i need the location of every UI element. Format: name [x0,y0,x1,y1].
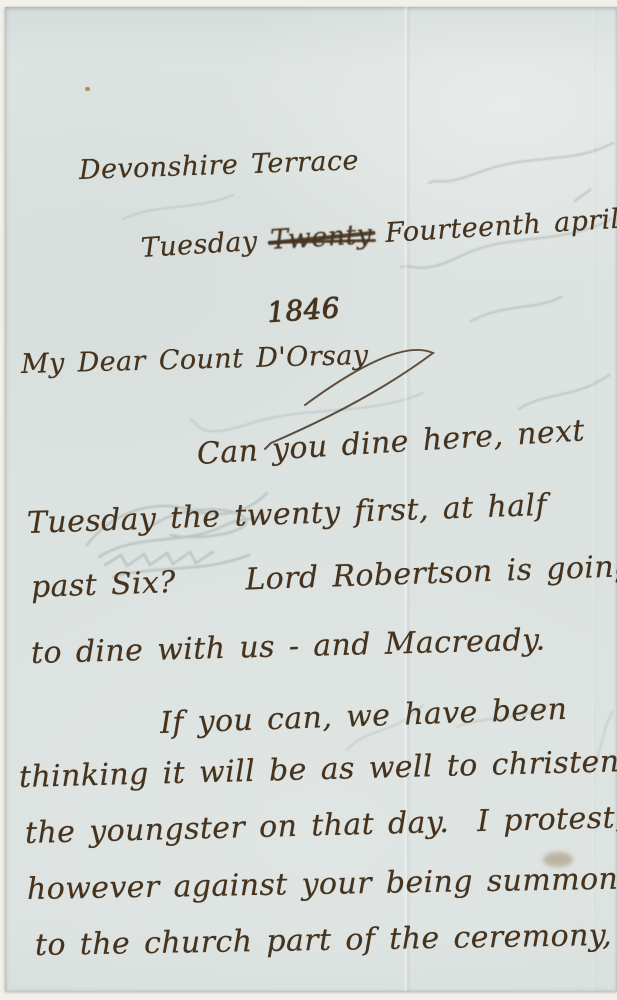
body-line-2: Tuesday the twenty first, at half [26,488,547,541]
body-line-3: past Six? Lord Robertson is going [30,549,617,605]
letter-date-line: Tuesday Twenty Fourteenth april [140,204,617,264]
body-line-6: thinking it will be as well to christen [19,744,617,795]
body-line-9: to the church part of the ceremony, [35,918,613,963]
date-rest: Fourteenth april [371,204,617,250]
letter-salutation: My Dear Count D'Orsay [21,340,369,380]
letter-heading: Devonshire Terrace [78,145,359,186]
letter-paper: Devonshire Terrace Tuesday Twenty Fourte… [5,7,617,991]
body-line-1: Can you dine here, next [196,413,586,472]
letter-year: 1846 [266,291,341,329]
date-day: Tuesday [140,225,271,264]
body-line-4: to dine with us - and Macready. [31,623,546,671]
body-line-8: however against your being summoned [27,861,617,907]
body-line-7: the youngster on that day. I protest, [25,800,617,851]
paper-speck [85,87,90,91]
body-line-5: If you can, we have been [159,692,567,741]
scan-background: { "letter": { "heading": "Devonshire Ter… [0,0,617,1000]
fold-crease-faint [590,7,598,991]
scratched-out-word: Twenty [269,219,373,256]
